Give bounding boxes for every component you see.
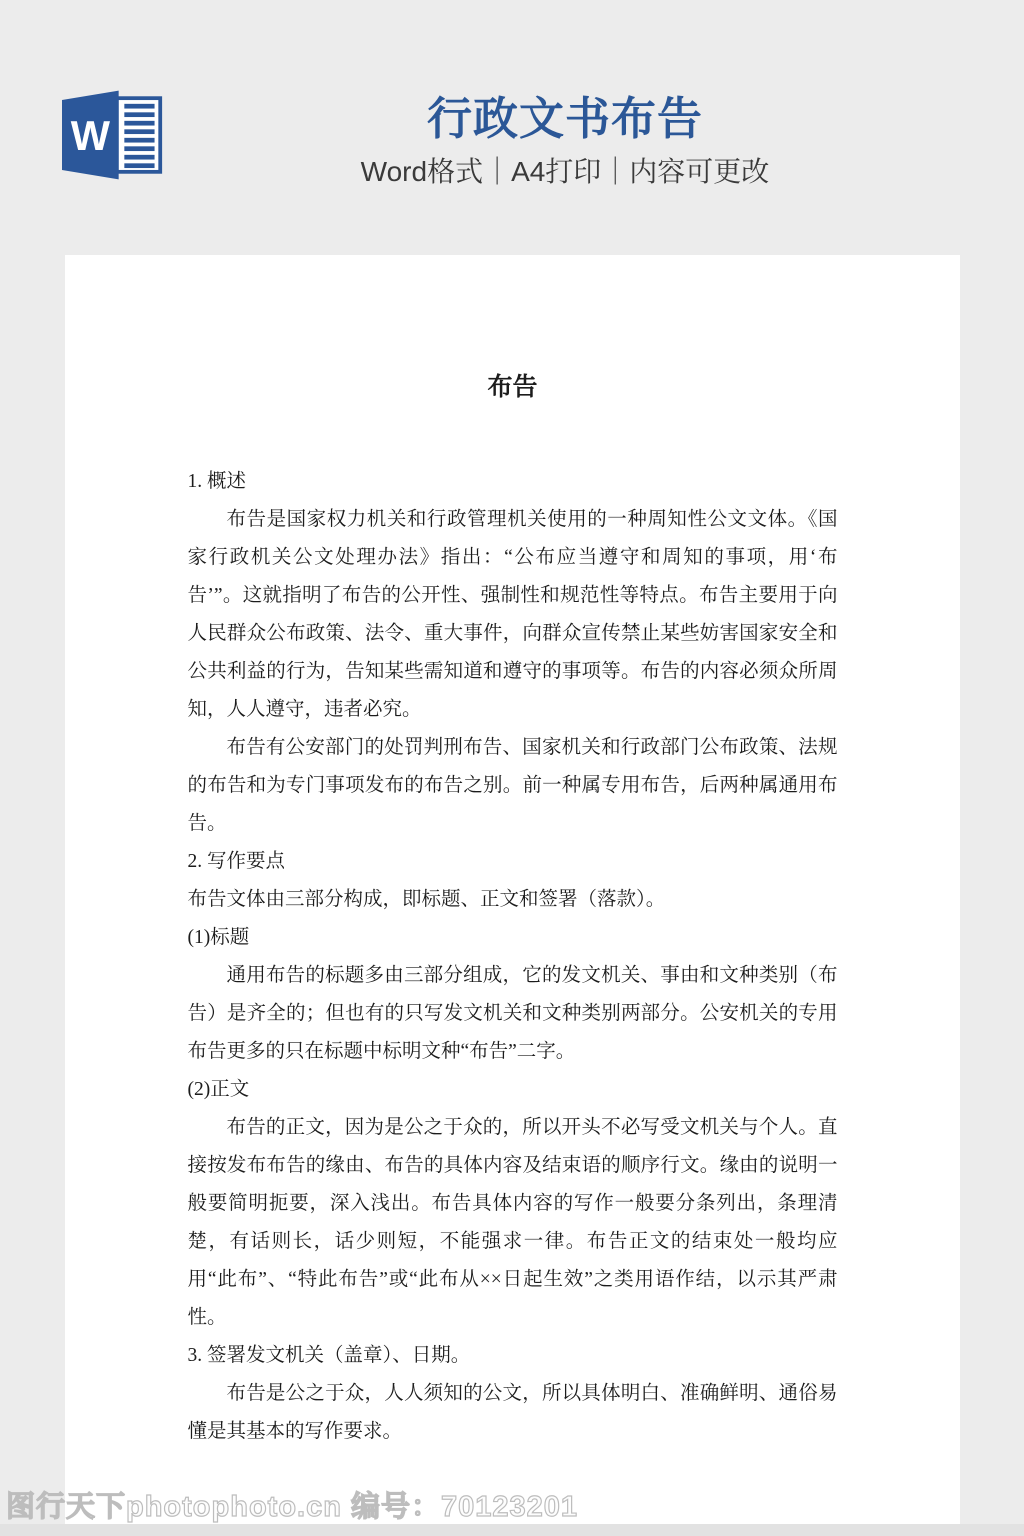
doc-paragraph: 2. 写作要点 (188, 843, 838, 881)
doc-paragraph: (2)正文 (188, 1071, 838, 1109)
doc-paragraph: (1)标题 (188, 919, 838, 957)
template-subtitle: Word格式｜A4打印｜内容可更改 (106, 156, 1024, 188)
doc-paragraph: 通用布告的标题多由三部分组成，它的发文机关、事由和文种类别（布告）是齐全的；但也… (188, 957, 838, 1071)
doc-paragraph: 布告的正文，因为是公之于众的，所以开头不必写受文机关与个人。直接按发布布告的缘由… (188, 1109, 838, 1337)
doc-paragraph: 布告有公安部门的处罚判刑布告、国家机关和行政部门公布政策、法规的布告和为专门事项… (188, 729, 838, 843)
template-title: 行政文书布告 (106, 94, 1024, 144)
document-title: 布告 (65, 255, 960, 403)
header: W 行政文书布告 Word格式｜A4打印｜内容可更改 (0, 0, 1024, 255)
doc-paragraph: 布告是国家权力机关和行政管理机关使用的一种周知性公文文体。《国家行政机关公文处理… (188, 501, 838, 729)
document-body: 1. 概述布告是国家权力机关和行政管理机关使用的一种周知性公文文体。《国家行政机… (188, 463, 838, 1451)
doc-paragraph: 3. 签署发文机关（盖章）、日期。 (188, 1337, 838, 1375)
doc-paragraph: 布告文体由三部分构成，即标题、正文和签署（落款）。 (188, 881, 838, 919)
document-page: 布告 1. 概述布告是国家权力机关和行政管理机关使用的一种周知性公文文体。《国家… (65, 255, 960, 1524)
footer-bar (0, 1524, 1024, 1536)
watermark-text: 图行天下photophoto.cn 编号：70123201 (6, 1490, 578, 1524)
template-preview-page: { "header": { "title": "行政文书布告", "subtit… (0, 0, 1024, 1536)
word-logo-letter: W (71, 112, 111, 159)
doc-paragraph: 1. 概述 (188, 463, 838, 501)
header-text: 行政文书布告 Word格式｜A4打印｜内容可更改 (106, 94, 1024, 188)
doc-paragraph: 布告是公之于众，人人须知的公文，所以具体明白、准确鲜明、通俗易懂是其基本的写作要… (188, 1375, 838, 1451)
